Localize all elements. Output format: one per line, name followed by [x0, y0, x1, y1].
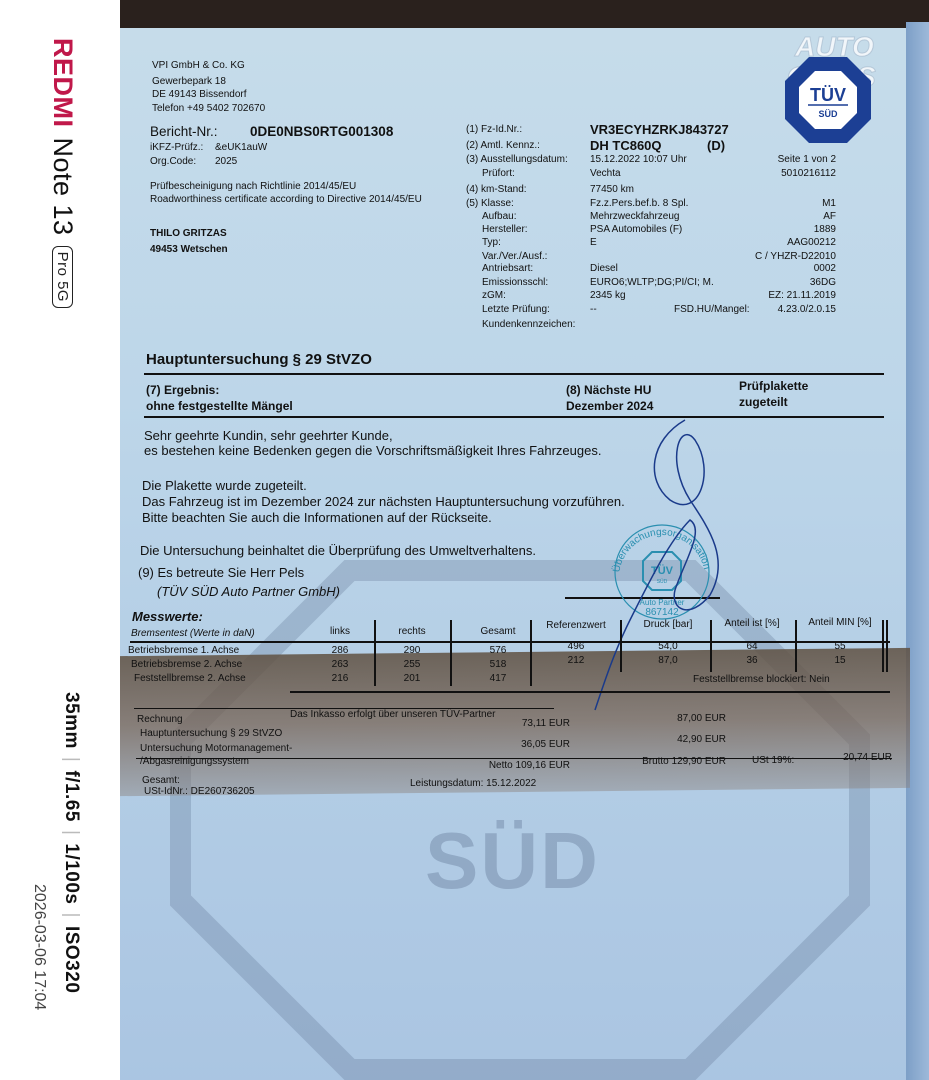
- vehicle-field-right-value: Seite 1 von 2: [680, 154, 836, 165]
- camera-brand: REDMI Note 13 Pro 5G: [47, 38, 78, 308]
- vehicle-field-value: E: [590, 237, 597, 248]
- invoice-title: Rechnung: [137, 714, 183, 725]
- divider: [144, 416, 884, 418]
- report-number-label: Bericht-Nr.:: [150, 124, 218, 139]
- result-value: ohne festgestellte Mängel: [146, 399, 293, 413]
- table-column-header: Gesamt: [458, 626, 538, 637]
- vat-label: USt 19%:: [752, 755, 794, 766]
- vehicle-field-right-value: M1: [680, 198, 836, 209]
- table-column-header: Druck [bar]: [628, 619, 708, 630]
- vehicle-field-value: 77450 km: [590, 184, 634, 195]
- parking-brake-note: Feststellbremse blockiert: Nein: [693, 674, 830, 685]
- invoice-item-label: Hauptuntersuchung § 29 StVZO: [140, 728, 282, 739]
- table-cell: 54,0: [628, 641, 708, 652]
- vehicle-field-right-value: 4.23.0/2.0.15: [680, 304, 836, 315]
- table-column-divider: [795, 620, 797, 672]
- vehicle-country-code: (D): [707, 138, 725, 153]
- vehicle-field-label: (3) Ausstellungsdatum:: [466, 154, 568, 165]
- message-line5: Die Untersuchung beinhaltet die Überprüf…: [140, 543, 536, 558]
- exif-iso: ISO320: [61, 926, 82, 993]
- camera-exif: 35mm|f/1.65|1/100s|ISO320: [60, 692, 82, 993]
- invoice-total-label: Gesamt:: [142, 775, 180, 786]
- table-column-header: Referenzwert: [536, 620, 616, 631]
- vehicle-field-value: Diesel: [590, 263, 618, 274]
- result-label: (7) Ergebnis:: [146, 383, 219, 397]
- svg-text:TÜV: TÜV: [810, 85, 846, 105]
- table-cell: 263: [300, 659, 380, 670]
- camera-datetime: 2026-03-06 17:04: [30, 884, 48, 1010]
- ikfz-label: iKFZ-Prüfz.:: [150, 142, 203, 153]
- vehicle-field-label: Letzte Prüfung:: [482, 304, 550, 315]
- table-row-label: Betriebsbremse 1. Achse: [128, 645, 239, 656]
- table-cell: 15: [800, 655, 880, 666]
- vehicle-field-right-value: 0002: [680, 263, 836, 274]
- invoice-item-brutto: 42,90 EUR: [616, 734, 726, 745]
- vat-value: 20,74 EUR: [800, 752, 892, 763]
- sender-city: DE 49143 Bissendorf: [152, 89, 247, 100]
- vehicle-field-right-value: 36DG: [680, 277, 836, 288]
- vehicle-field-label: Antriebsart:: [482, 263, 533, 274]
- vat-id: USt-IdNr.: DE260736205: [144, 786, 255, 797]
- vehicle-field-value: VR3ECYHZRKJ843727: [590, 122, 729, 137]
- next-hu-label: (8) Nächste HU: [566, 383, 651, 397]
- plakette-line1: Prüfplakette: [739, 379, 808, 393]
- table-column-divider: [886, 620, 888, 672]
- sender-phone: Telefon +49 5402 702670: [152, 103, 265, 114]
- table-column-divider: [620, 620, 622, 672]
- vehicle-field-label: (5) Klasse:: [466, 198, 514, 209]
- org-code-value: 2025: [215, 156, 237, 167]
- vehicle-field-value: --: [590, 304, 597, 315]
- table-cell: 576: [458, 645, 538, 656]
- table-column-divider: [882, 620, 884, 672]
- inspector-company: (TÜV SÜD Auto Partner GmbH): [157, 584, 340, 599]
- vehicle-field-label: (2) Amtl. Kennz.:: [466, 140, 540, 151]
- vehicle-field-value: 15.12.2022 10:07 Uhr: [590, 154, 687, 165]
- vehicle-field-value: Fz.z.Pers.bef.b. 8 Spl.: [590, 198, 688, 209]
- sender-company: VPI GmbH & Co. KG: [152, 60, 245, 71]
- table-column-header: Anteil ist [%]: [712, 618, 792, 629]
- message-line3: Das Fahrzeug ist im Dezember 2024 zur nä…: [142, 494, 625, 509]
- table-cell: 55: [800, 641, 880, 652]
- ikfz-value: &eUK1auW: [215, 142, 267, 153]
- inspector-name: (9) Es betreute Sie Herr Pels: [138, 565, 304, 580]
- vehicle-field-label: Aufbau:: [482, 211, 516, 222]
- vehicle-field-value: Vechta: [590, 168, 621, 179]
- vehicle-field-value: 2345 kg: [590, 290, 626, 301]
- directive-en: Roadworthiness certificate according to …: [150, 194, 422, 205]
- message-line2: Die Plakette wurde zugeteilt.: [142, 478, 307, 493]
- vehicle-field-right-value: EZ: 21.11.2019: [680, 290, 836, 301]
- svg-text:SÜD: SÜD: [818, 109, 838, 119]
- recipient-name: THILO GRITZAS: [150, 228, 227, 239]
- table-cell: 417: [458, 673, 538, 684]
- table-cell: 36: [712, 655, 792, 666]
- vehicle-field-label: (1) Fz-Id.Nr.:: [466, 124, 522, 135]
- invoice-item-brutto: 87,00 EUR: [616, 713, 726, 724]
- vehicle-field-value: DH TC860Q: [590, 138, 662, 153]
- table-cell: 87,0: [628, 655, 708, 666]
- watermark-sud-text: SÜD: [425, 815, 600, 907]
- table-cell: 64: [712, 641, 792, 652]
- vehicle-field-right-value: C / YHZR-D22010: [680, 251, 836, 262]
- message-line1: es bestehen keine Bedenken gegen die Vor…: [144, 443, 601, 458]
- brutto-total: Brutto 129,90 EUR: [586, 756, 726, 767]
- vehicle-field-right-value: 1889: [680, 224, 836, 235]
- vehicle-field-right-value: 5010216112: [680, 168, 836, 179]
- message-line4: Bitte beachten Sie auch die Informatione…: [142, 510, 492, 525]
- service-date: Leistungsdatum: 15.12.2022: [410, 778, 536, 789]
- measurements-title: Messwerte:: [132, 609, 203, 624]
- vehicle-field-label: (4) km-Stand:: [466, 184, 527, 195]
- report-number-value: 0DE0NBS0RTG001308: [250, 124, 393, 139]
- table-row-label: Feststellbremse 2. Achse: [134, 673, 246, 684]
- vehicle-field-value: PSA Automobiles (F): [590, 224, 682, 235]
- camera-brand-name: REDMI: [47, 38, 78, 128]
- invoice-item-netto: 73,11 EUR: [460, 718, 570, 729]
- table-cell: 518: [458, 659, 538, 670]
- org-code-label: Org.Code:: [150, 156, 196, 167]
- exif-shutter: 1/100s: [61, 843, 82, 904]
- camera-watermark-strip: REDMI Note 13 Pro 5G 35mm|f/1.65|1/100s|…: [0, 0, 120, 1080]
- message-greeting: Sehr geehrte Kundin, sehr geehrter Kunde…: [144, 428, 393, 443]
- vehicle-field-right-value: AF: [680, 211, 836, 222]
- document-photo: SÜD AUTO GIDAS TÜV SÜD VPI GmbH & Co. KG…: [120, 0, 929, 1080]
- exif-aperture: f/1.65: [61, 770, 82, 822]
- vehicle-field-label: Hersteller:: [482, 224, 528, 235]
- paper-edge: [906, 22, 929, 1080]
- table-column-header: rechts: [372, 626, 452, 637]
- directive-de: Prüfbescheinigung nach Richtlinie 2014/4…: [150, 181, 356, 192]
- divider: [144, 373, 884, 375]
- plakette-line2: zugeteilt: [739, 395, 788, 409]
- vehicle-field-label: Prüfort:: [482, 168, 515, 179]
- invoice-item-netto: 36,05 EUR: [460, 739, 570, 750]
- netto-total: Netto 109,16 EUR: [450, 760, 570, 771]
- table-column-header: links: [300, 626, 380, 637]
- tuv-sud-logo: TÜV SÜD: [783, 55, 873, 145]
- table-column-header: Anteil MIN [%]: [800, 617, 880, 628]
- table-cell: 216: [300, 673, 380, 684]
- table-cell: 286: [300, 645, 380, 656]
- table-cell: 255: [372, 659, 452, 670]
- divider: [290, 691, 890, 693]
- recipient-city: 49453 Wetschen: [150, 244, 228, 255]
- inspection-title: Hauptuntersuchung § 29 StVZO: [146, 351, 372, 368]
- table-row-label: Betriebsbremse 2. Achse: [131, 659, 242, 670]
- table-cell: 290: [372, 645, 452, 656]
- camera-model-badge: Pro 5G: [52, 246, 73, 309]
- table-cell: 212: [536, 655, 616, 666]
- exif-focal-length: 35mm: [61, 692, 82, 749]
- vehicle-field-value: Mehrzweckfahrzeug: [590, 211, 679, 222]
- sender-street: Gewerbepark 18: [152, 76, 226, 87]
- vehicle-field-label: Typ:: [482, 237, 501, 248]
- camera-model: Note 13: [47, 138, 78, 236]
- vehicle-field-right-value: AAG00212: [680, 237, 836, 248]
- table-cell: 496: [536, 641, 616, 652]
- vehicle-field-label: Kundenkennzeichen:: [482, 319, 575, 330]
- invoice-item-label: Untersuchung Motormanagement-: [140, 743, 292, 754]
- vehicle-field-label: Var./Ver./Ausf.:: [482, 251, 547, 262]
- vehicle-field-label: zGM:: [482, 290, 506, 301]
- brake-test-title: Bremsentest (Werte in daN): [131, 628, 255, 639]
- table-cell: 201: [372, 673, 452, 684]
- vehicle-field-label: Emissionsschl:: [482, 277, 548, 288]
